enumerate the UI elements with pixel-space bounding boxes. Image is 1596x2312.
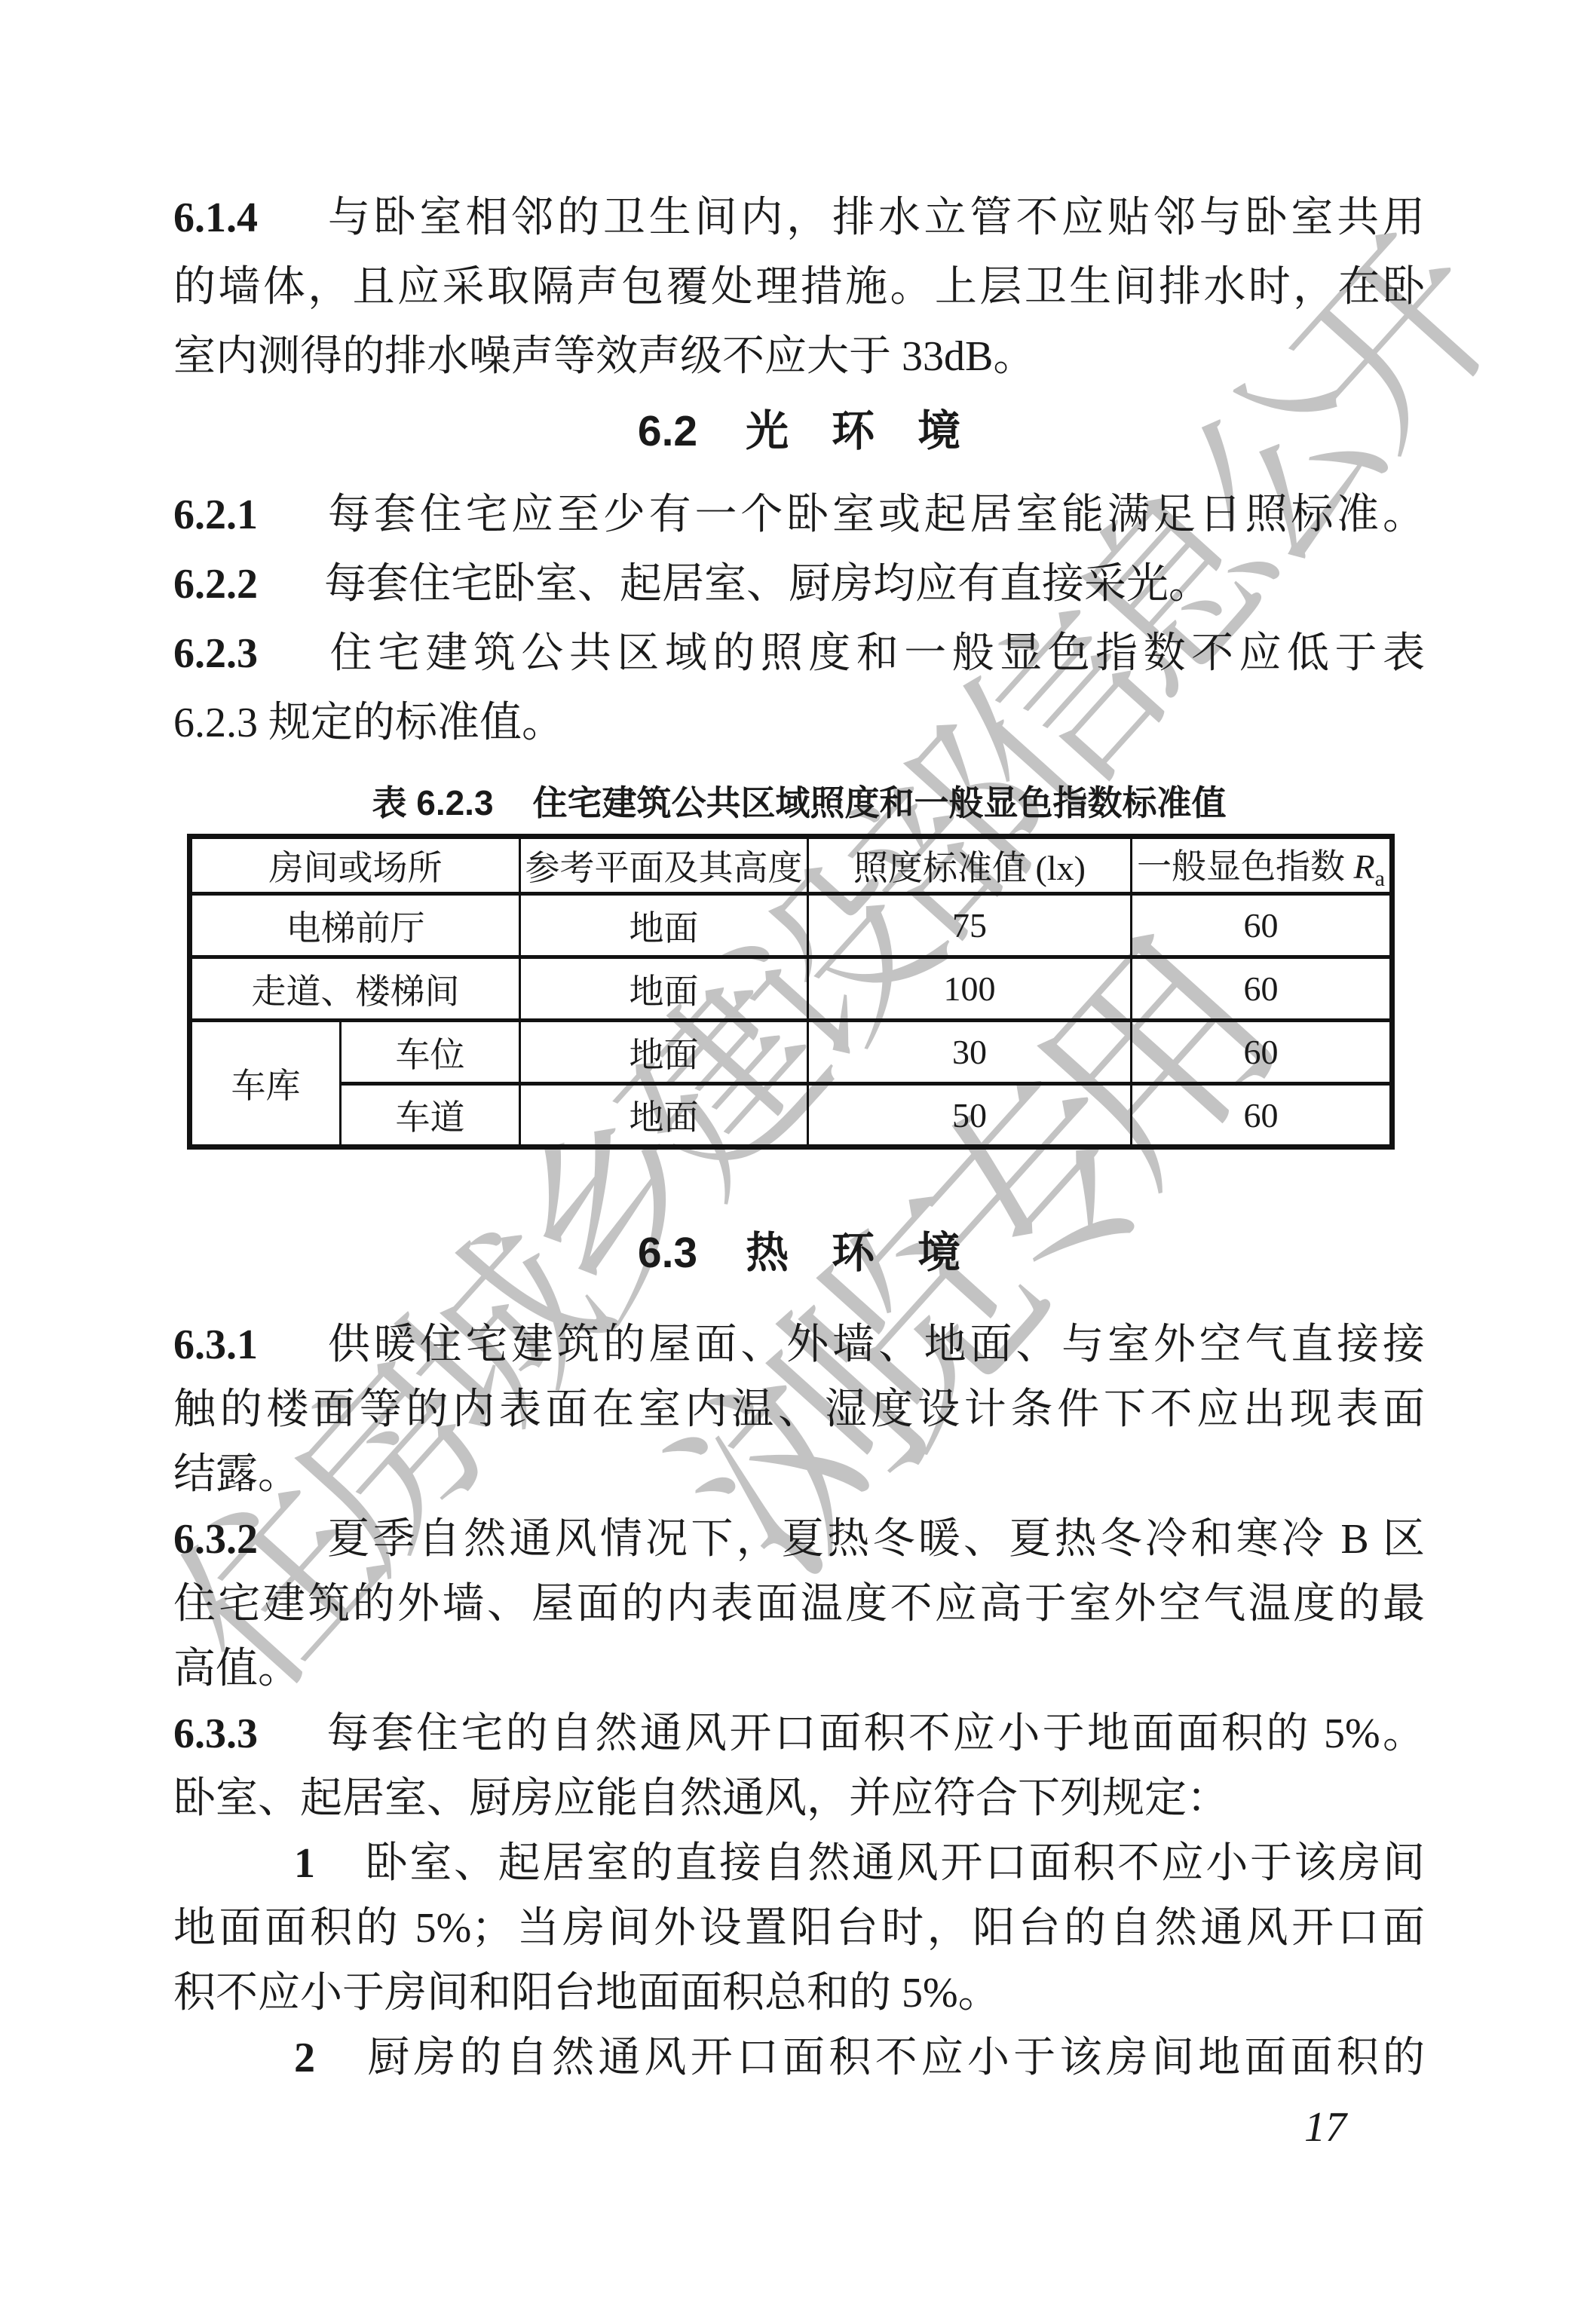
clause-614-text3: 室内测得的排水噪声等效声级不应大于 33dB。 [173,333,1035,380]
clause-614-line1: 6.1.4与卧室相邻的卫生间内，排水立管不应贴邻与卧室共用 [173,192,1425,247]
clause-632-line3: 高值。 [173,1643,1425,1698]
document-page: 住房城乡建设部信息公开 浏览专用 6.1.4与卧室相邻的卫生间内，排水立管不应贴… [0,0,1596,2312]
clause-623-text1: 住宅建筑公共区域的照度和一般显色指数不应低于表 [324,630,1425,677]
clause-632-text2: 住宅建筑的外墙、屋面的内表面温度不应高于室外空气温度的最 [173,1581,1425,1628]
subitem-2-text1: 厨房的自然通风开口面积不应小于该房间地面面积的 [363,2035,1425,2081]
page-number: 17 [1304,2103,1410,2156]
clause-614-number: 6.1.4 [173,194,258,241]
clause-632-line1: 6.3.2夏季自然通风情况下，夏热冬暖、夏热冬冷和寒冷 B 区 [173,1514,1425,1568]
section-63-number: 6.3 [638,1229,697,1277]
header-ra-symbol: R [1354,847,1375,886]
table-row: 走道、楼梯间 地面 100 60 [190,957,1392,1021]
subitem-1-line2: 地面面积的 5%；当房间外设置阳台时，阳台的自然通风开口面 [173,1903,1425,1957]
cell-place: 走道、楼梯间 [190,957,520,1021]
header-place: 房间或场所 [190,837,520,894]
cell-plane: 地面 [520,957,808,1021]
table-row: 电梯前厅 地面 75 60 [190,894,1392,957]
clause-631-line2: 触的楼面等的内表面在室内温、湿度设计条件下不应出现表面 [173,1384,1425,1438]
subitem-1-line3: 积不应小于房间和阳台地面面积总和的 5%。 [173,1967,1425,2022]
section-63-heading: 6.3热 环 境 [173,1229,1425,1282]
clause-631-line3: 结露。 [173,1449,1425,1503]
cell-lux: 100 [808,957,1132,1021]
subitem-1-text3: 积不应小于房间和阳台地面面积总和的 5%。 [173,1970,1000,2016]
clause-621-text1: 每套住宅应至少有一个卧室或起居室能满足日照标准。 [324,491,1425,538]
table-caption-label: 表 6.2.3 [372,783,493,822]
cell-place: 电梯前厅 [190,894,520,957]
subitem-1-line1: 1卧室、起居室的直接自然通风开口面积不应小于该房间 [173,1838,1425,1892]
table-caption: 表 6.2.3住宅建筑公共区域照度和一般显色指数标准值 [173,784,1425,826]
clause-622-number: 6.2.2 [173,561,258,608]
illuminance-standard-table: 房间或场所 参考平面及其高度 照度标准值 (lx) 一般显色指数 Ra 电梯前厅… [187,834,1395,1150]
cell-lux: 50 [808,1084,1132,1147]
clause-632-text3: 高值。 [173,1646,300,1692]
clause-622-line1: 6.2.2每套住宅卧室、起居室、厨房均应有直接采光。 [173,559,1425,613]
subitem-2-number: 2 [294,2035,315,2081]
table-row: 车道 地面 50 60 [190,1084,1392,1147]
clause-623-line1: 6.2.3住宅建筑公共区域的照度和一般显色指数不应低于表 [173,628,1425,682]
cell-garage-group: 车库 [190,1021,341,1147]
subitem-1-text1: 卧室、起居室的直接自然通风开口面积不应小于该房间 [363,1840,1425,1887]
section-63-title: 热 环 境 [746,1229,960,1277]
cell-place: 车位 [341,1021,520,1084]
clause-614-text1: 与卧室相邻的卫生间内，排水立管不应贴邻与卧室共用 [324,194,1425,241]
table-caption-text: 住宅建筑公共区域照度和一般显色指数标准值 [533,783,1227,822]
section-62-heading: 6.2光 环 境 [173,407,1425,460]
clause-623-text2: 6.2.3 规定的标准值。 [173,700,564,746]
cell-place: 车道 [341,1084,520,1147]
clause-621-number: 6.2.1 [173,491,258,538]
clause-633-text2: 卧室、起居室、厨房应能自然通风，并应符合下列规定： [173,1775,1229,1822]
clause-631-text1: 供暖住宅建筑的屋面、外墙、地面、与室外空气直接接 [324,1321,1425,1368]
clause-623-number: 6.2.3 [173,630,258,677]
cell-plane: 地面 [520,1084,808,1147]
subitem-2-line1: 2厨房的自然通风开口面积不应小于该房间地面面积的 [173,2032,1425,2087]
cell-ra: 60 [1132,894,1392,957]
section-62-number: 6.2 [638,407,697,455]
clause-621-line1: 6.2.1每套住宅应至少有一个卧室或起居室能满足日照标准。 [173,489,1425,544]
header-lux: 照度标准值 (lx) [808,837,1132,894]
subitem-1-number: 1 [294,1840,315,1887]
cell-lux: 30 [808,1021,1132,1084]
subitem-1-text2: 地面面积的 5%；当房间外设置阳台时，阳台的自然通风开口面 [173,1905,1425,1952]
clause-623-line2: 6.2.3 规定的标准值。 [173,697,1425,752]
clause-614-line3: 室内测得的排水噪声等效声级不应大于 33dB。 [173,331,1425,385]
cell-plane: 地面 [520,1021,808,1084]
table-header-row: 房间或场所 参考平面及其高度 照度标准值 (lx) 一般显色指数 Ra [190,837,1392,894]
header-plane: 参考平面及其高度 [520,837,808,894]
clause-614-line2: 的墙体，且应采取隔声包覆处理措施。上层卫生间排水时，在卧 [173,262,1425,316]
clause-631-line1: 6.3.1供暖住宅建筑的屋面、外墙、地面、与室外空气直接接 [173,1319,1425,1373]
cell-ra: 60 [1132,957,1392,1021]
cell-ra: 60 [1132,1084,1392,1147]
cell-plane: 地面 [520,894,808,957]
clause-631-text2: 触的楼面等的内表面在室内温、湿度设计条件下不应出现表面 [173,1386,1425,1433]
header-ra: 一般显色指数 Ra [1132,837,1392,894]
clause-633-line1: 6.3.3每套住宅的自然通风开口面积不应小于地面面积的 5%。 [173,1708,1425,1762]
clause-632-number: 6.3.2 [173,1516,258,1563]
section-62-title: 光 环 境 [746,407,960,455]
clause-633-line2: 卧室、起居室、厨房应能自然通风，并应符合下列规定： [173,1773,1425,1827]
clause-632-line2: 住宅建筑的外墙、屋面的内表面温度不应高于室外空气温度的最 [173,1579,1425,1633]
cell-ra: 60 [1132,1021,1392,1084]
clause-633-number: 6.3.3 [173,1710,258,1757]
cell-lux: 75 [808,894,1132,957]
clause-631-text3: 结露。 [173,1451,300,1498]
clause-633-text1: 每套住宅的自然通风开口面积不应小于地面面积的 5%。 [324,1710,1425,1757]
clause-622-text1: 每套住宅卧室、起居室、厨房均应有直接采光。 [324,561,1211,608]
table-row: 车库 车位 地面 30 60 [190,1021,1392,1084]
header-ra-subscript: a [1375,866,1385,891]
clause-632-text1: 夏季自然通风情况下，夏热冬暖、夏热冬冷和寒冷 B 区 [324,1516,1425,1563]
header-ra-prefix: 一般显色指数 [1137,847,1354,886]
clause-631-number: 6.3.1 [173,1321,258,1368]
clause-614-text2: 的墙体，且应采取隔声包覆处理措施。上层卫生间排水时，在卧 [173,264,1425,311]
